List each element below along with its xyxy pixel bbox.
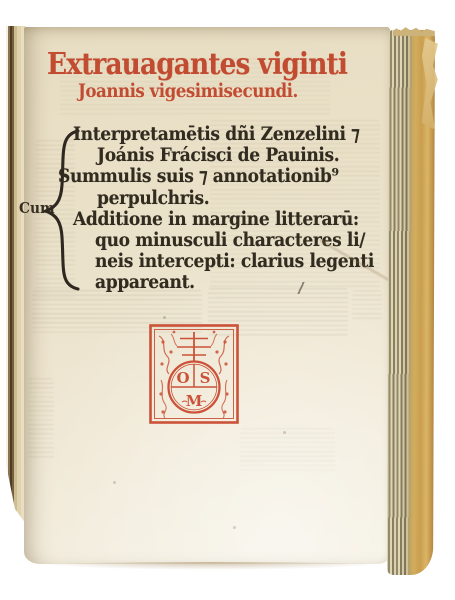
fore-edge-page-stack [387,30,435,575]
body-line: Interpretamētis dñi Zenzelini ⁊ [73,123,359,145]
body-line: Summulis suis ⁊ annotationib⁹ [58,165,339,187]
page-bottom-edge [30,562,392,570]
device-letter-o: O [176,369,189,387]
open-book: Extrauagantes viginti Joannis vigesimise… [0,0,455,600]
verso-showthrough [28,378,54,460]
photo-of-open-book: Extrauagantes viginti Joannis vigesimise… [0,0,455,600]
device-letter-m: M [186,392,203,410]
title-line-2: Joannis vigesimisecundi. [78,80,298,102]
body-line: appareant. [95,271,195,293]
ink-smudge [294,282,308,294]
verso-showthrough [240,428,335,472]
body-line: Additione in margine litterarū: [73,208,359,230]
device-letter-s: S [200,369,211,387]
body-line: Joánis Frácisci de Pauinis. [97,144,339,166]
paper-crease [320,238,390,283]
paper-specks [24,27,25,28]
deckle-edge [422,38,438,130]
verso-showthrough [352,290,382,322]
printers-device-ornament: O S M [149,324,239,424]
title-line-1: Extrauagantes viginti [47,48,347,81]
title-page: Extrauagantes viginti Joannis vigesimise… [24,27,390,564]
body-line: perpulchris. [97,187,209,209]
left-binding-edge [6,26,26,524]
